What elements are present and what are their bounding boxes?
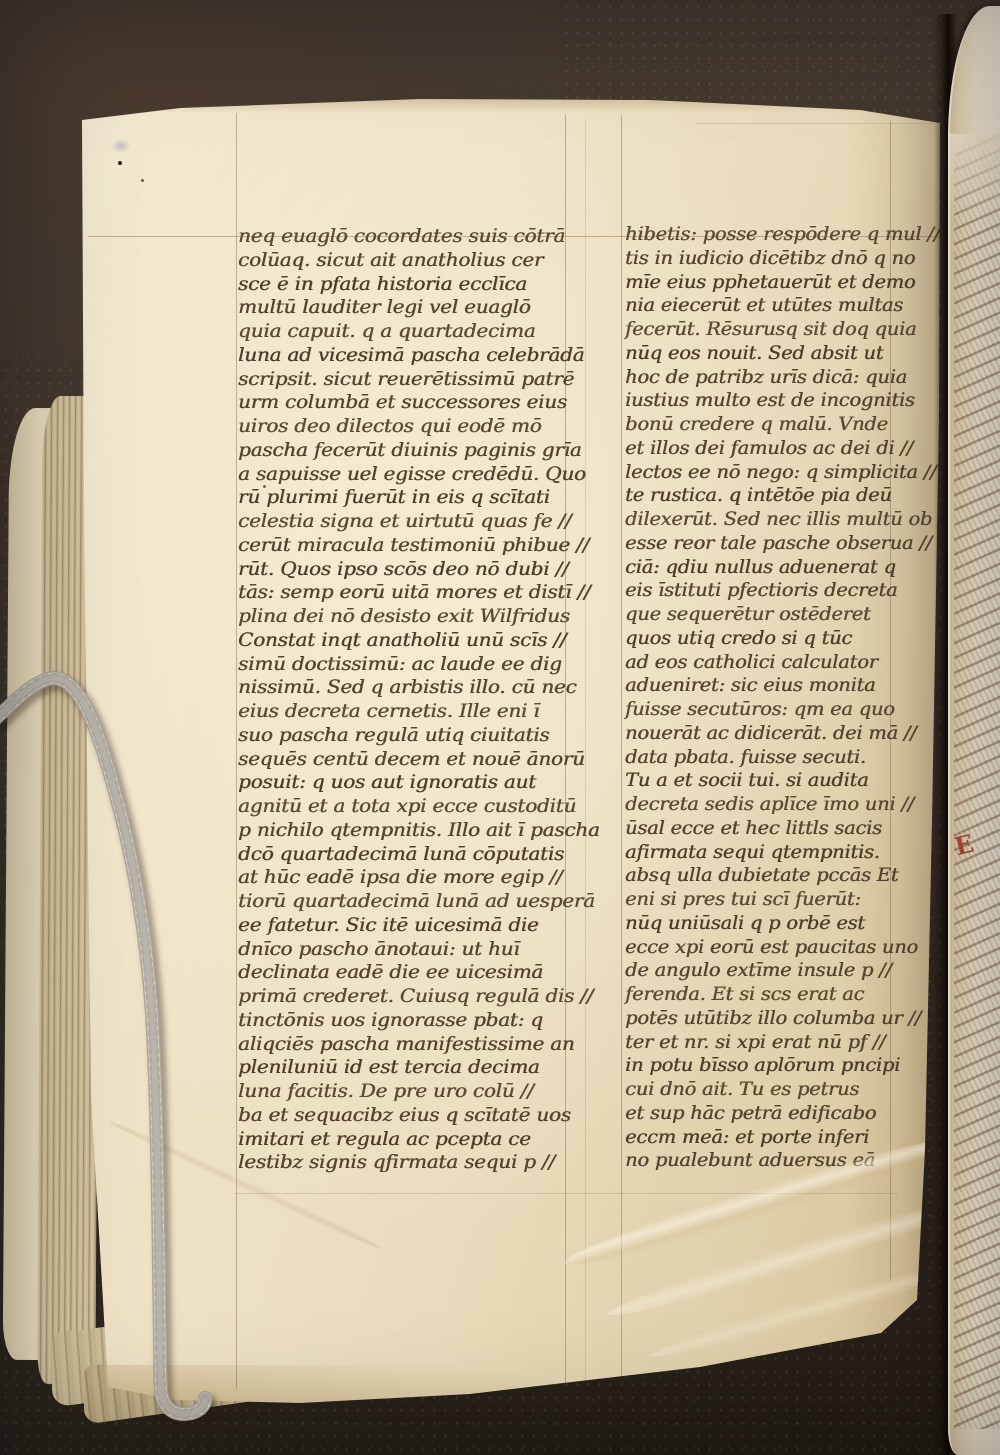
manuscript-text-line: at hūc eadē ipsa die more egip // — [238, 866, 600, 890]
manuscript-text-line: afirmata sequi qtempnitis. — [625, 841, 951, 865]
facing-page-highlight — [950, 134, 1000, 224]
manuscript-text-line: dnīco pascho ānotaui: ut huī — [238, 938, 600, 962]
manuscript-text-line: et illos dei famulos ac dei di // — [625, 437, 951, 461]
manuscript-text-line: aliqciēs pascha manifestissime an — [238, 1033, 600, 1057]
manuscript-text-line: eis īstituti pfectioris decreta — [625, 579, 951, 603]
manuscript-text-line: rūt. Quos ipso scōs deo nō dubi // — [238, 558, 600, 582]
manuscript-text-line: ciā: qdiu nullus aduenerat q — [625, 556, 951, 580]
manuscript-text-line: eccm meā: et porte inferi — [625, 1126, 951, 1150]
manuscript-text-line: luna ad vicesimā pascha celebrādā — [238, 344, 600, 368]
manuscript-text-line: tinctōnis uos ignorasse pbat: q — [238, 1009, 600, 1033]
manuscript-text-line: esse reor tale pasche obserua // — [625, 532, 951, 556]
manuscript-text-line: primā crederet. Cuiusq regulā dis // — [238, 985, 600, 1009]
manuscript-text-line: dilexerūt. Sed nec illis multū ob // — [625, 508, 951, 532]
manuscript-text-line: tis in iudicio dicētibz dnō q no — [625, 247, 951, 271]
manuscript-text-line: ad eos catholici calculator — [625, 651, 951, 675]
manuscript-page: neq euaglō cocordates suis cōtrācolūaq. … — [55, 95, 950, 1417]
manuscript-text-line: p nichilo qtempnitis. Illo ait ī pascha — [238, 819, 600, 843]
manuscript-text-line: in potu bīsso aplōrum pncipi — [625, 1054, 951, 1078]
manuscript-text-line: nia eiecerūt et utūtes multas — [625, 294, 951, 318]
manuscript-text-line: data pbata. fuisse secuti. — [625, 746, 951, 770]
manuscript-text-line: nouerāt ac didicerāt. dei mā // — [625, 722, 951, 746]
manuscript-text-line: neq euaglō cocordates suis cōtrā — [238, 225, 600, 249]
manuscript-text-line: urm columbā et successores eius — [238, 391, 600, 415]
manuscript-text-line: luna facitis. De pre uro colū // — [238, 1080, 600, 1104]
manuscript-text-line: pascha fecerūt diuinis paginis grīa — [238, 439, 600, 463]
manuscript-text-line: et sup hāc petrā edificabo — [625, 1102, 951, 1126]
manuscript-text-line: sequēs centū decem et nouē ānorū — [238, 748, 600, 772]
manuscript-text-line: nūq eos nouit. Sed absit ut — [625, 342, 951, 366]
manuscript-text-line: multū lauditer legi vel euaglō — [238, 296, 600, 320]
manuscript-text-line: ferenda. Et si scs erat ac — [625, 983, 951, 1007]
manuscript-text-line: ba et sequacibz eius q scītatē uos — [238, 1104, 600, 1128]
manuscript-text-line: pleniluniū id est tercia decima — [238, 1056, 600, 1080]
manuscript-text-line: Constat inqt anatholiū unū scīs // — [238, 629, 600, 653]
manuscript-text-line: quia capuit. q a quartadecima — [238, 320, 600, 344]
ruling-line-horizontal — [235, 1193, 897, 1194]
manuscript-text-line: agnitū et a tota xpi ecce custoditū — [238, 795, 600, 819]
manuscript-text-line: ter et nr. si xpi erat nū pf // — [625, 1031, 951, 1055]
manuscript-text-line: ee fatetur. Sic itē uicesimā die — [238, 914, 600, 938]
manuscript-text-line: decreta sedis aplīce īmo uni // — [625, 793, 951, 817]
manuscript-text-line: te rustica. q intētōe pia deū — [625, 484, 951, 508]
manuscript-text-line: dcō quartadecimā lunā cōputatis — [238, 843, 600, 867]
manuscript-text-line: quos utiq credo si q tūc — [625, 627, 951, 651]
manuscript-photo: neq euaglō cocordates suis cōtrācolūaq. … — [0, 0, 1000, 1455]
manuscript-text-line: no pualebunt aduersus eā — [625, 1149, 951, 1173]
manuscript-text-line: nissimū. Sed q arbistis illo. cū nec — [238, 676, 600, 700]
manuscript-text-line: eni si pres tui scī fuerūt: — [625, 888, 951, 912]
manuscript-text-line: scripsit. sicut reuerētissimū patrē — [238, 368, 600, 392]
ink-spot — [263, 485, 266, 488]
manuscript-text-line: eius decreta cernetis. Ille eni ī — [238, 700, 600, 724]
manuscript-text-line: de angulo extīme insule p // — [625, 959, 951, 983]
manuscript-text-line: cui dnō ait. Tu es petrus — [625, 1078, 951, 1102]
manuscript-text-line: plina dei nō desisto exit Wilfridus — [238, 605, 600, 629]
manuscript-text-line: mīe eius pphetauerūt et demo — [625, 271, 951, 295]
manuscript-text-line: simū doctissimū: ac laude ee dig — [238, 653, 600, 677]
ink-spot — [141, 179, 144, 182]
manuscript-text-line: absq ulla dubietate pccās Et — [625, 864, 951, 888]
manuscript-text-line: suo pascha regulā utiq ciuitatis — [238, 724, 600, 748]
manuscript-text-line: fecerūt. Rēsurusq sit doq quia — [625, 318, 951, 342]
ink-stain — [111, 139, 131, 153]
ink-spot — [118, 161, 122, 165]
manuscript-text-line: uiros deo dilectos qui eodē mō — [238, 415, 600, 439]
manuscript-text-line: lectos ee nō nego: q simplicita // — [625, 461, 951, 485]
manuscript-text-line: fuisse secutūros: qm ea quo — [625, 698, 951, 722]
manuscript-text-line: adueniret: sic eius monita — [625, 674, 951, 698]
text-column-1: neq euaglō cocordates suis cōtrācolūaq. … — [238, 225, 573, 1175]
manuscript-text-line: lestibz signis qfirmata sequi p // — [238, 1151, 600, 1175]
manuscript-text-line: celestia signa et uirtutū quas fe // — [238, 510, 600, 534]
manuscript-text-line: nūq uniūsali q p orbē est — [625, 912, 951, 936]
facing-page-text-strokes — [954, 134, 1000, 1429]
manuscript-text-line: hoc de patribz urīs dicā: quia — [625, 366, 951, 390]
text-column-2: hibetis: posse respōdere q mul //tis in … — [625, 223, 935, 1173]
manuscript-text-line: que sequerētur ostēderet — [625, 603, 951, 627]
facing-page-edge: E — [948, 6, 1000, 1455]
manuscript-text-line: iustius multo est de incognitis — [625, 389, 951, 413]
manuscript-text-line: declinata eadē die ee uicesimā — [238, 961, 600, 985]
manuscript-text-line: rū plurimi fuerūt in eis q scītati — [238, 486, 600, 510]
ruling-line-vertical — [236, 113, 237, 1389]
manuscript-text-line: imitari et regula ac pcepta ce — [238, 1128, 600, 1152]
manuscript-text-line: potēs utūtibz illo columba ur // — [625, 1007, 951, 1031]
manuscript-text-line: bonū credere q malū. Vnde — [625, 413, 951, 437]
manuscript-text-line: hibetis: posse respōdere q mul // — [625, 223, 951, 247]
manuscript-text-line: posuit: q uos aut ignoratis aut — [238, 771, 600, 795]
manuscript-text-line: cerūt miracula testimoniū phibue // — [238, 534, 600, 558]
manuscript-text-line: tās: semp eorū uitā mores et distī // — [238, 581, 600, 605]
ruling-line-horizontal — [695, 123, 939, 124]
manuscript-text-line: ecce xpi eorū est paucitas uno — [625, 936, 951, 960]
manuscript-text-line: sce ē in pfata historia ecclīca — [238, 273, 600, 297]
manuscript-text-line: Tu a et socii tui. si audita — [625, 769, 951, 793]
manuscript-text-line: ūsal ecce et hec littls sacis — [625, 817, 951, 841]
manuscript-text-line: a sapuisse uel egisse credēdū. Quo — [238, 463, 600, 487]
manuscript-text-line: colūaq. sicut ait anatholius cer — [238, 249, 600, 273]
manuscript-text-line: tiorū quartadecimā lunā ad uesperā — [238, 890, 600, 914]
ruling-line-vertical — [621, 115, 622, 1385]
